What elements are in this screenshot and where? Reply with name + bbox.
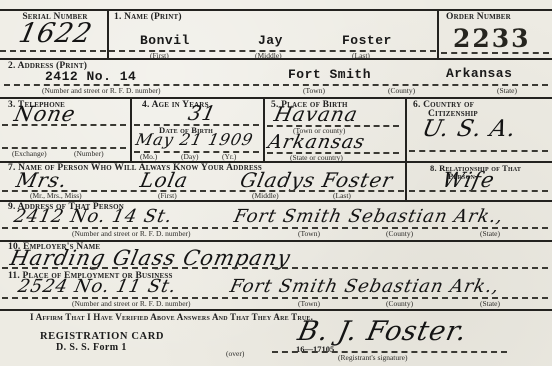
employment-town-sublabel: (Town) — [298, 299, 320, 308]
employment-county-sublabel: (County) — [386, 299, 413, 308]
divider-contact-relationship — [405, 161, 407, 200]
address-town-sublabel: (Town) — [303, 86, 325, 95]
contact-middle-value: Gladys — [238, 168, 318, 192]
contact-title-value: Mrs. — [14, 168, 70, 192]
name-last-value: Foster — [342, 33, 392, 48]
contact-first-sublabel: (First) — [158, 191, 177, 200]
card-title: REGISTRATION CARD — [40, 331, 164, 342]
contact-address-town-value: Fort Smith Sebastian Ark., — [232, 206, 506, 227]
contact-address-street-value: 2412 No. 14 St. — [12, 206, 175, 227]
address-street-sublabel: (Number and street or R. F. D. number) — [42, 86, 161, 95]
order-write-line — [441, 52, 549, 54]
citizenship-write-line — [409, 150, 548, 152]
employment-street-value: 2524 No. 11 St. — [16, 276, 179, 297]
address-state-sublabel: (State) — [497, 86, 517, 95]
address-town-value: Fort Smith — [288, 67, 371, 82]
divider-birth-citizenship — [405, 97, 407, 161]
signature-sublabel: (Registrant's signature) — [338, 353, 407, 362]
name-middle-value: Jay — [258, 33, 283, 48]
employment-town-value: Fort Smith Sebastian Ark., — [228, 276, 502, 297]
telephone-exchange-sublabel: (Exchange) — [12, 149, 47, 158]
birthplace-town-value: Havana — [272, 102, 361, 126]
name-first-sublabel: (First) — [150, 51, 169, 60]
order-number-label: Order Number — [446, 12, 511, 22]
rule-row7-bottom — [0, 309, 552, 311]
telephone-value: None — [12, 102, 78, 126]
telephone-number-sublabel: (Number) — [74, 149, 104, 158]
employment-state-sublabel: (State) — [480, 299, 500, 308]
employer-write-line — [2, 267, 548, 269]
order-number-value: 2233 — [453, 24, 531, 53]
over-note: (over) — [226, 349, 244, 358]
name-middle-sublabel: (Middle) — [255, 51, 282, 60]
contact-middle-sublabel: (Middle) — [252, 191, 279, 200]
address-county-sublabel: (County) — [388, 86, 415, 95]
employment-street-sublabel: (Number and street or R. F. D. number) — [72, 299, 191, 308]
age-value: 31 — [186, 101, 219, 125]
relationship-write-line — [409, 190, 548, 192]
name-first-value: Bonvil — [140, 33, 190, 48]
birthplace-state-value: Arkansas — [266, 131, 367, 153]
divider-name-order — [437, 9, 439, 58]
address-state-value: Arkansas — [446, 66, 512, 81]
divider-tel-age — [130, 97, 132, 161]
name-label: 1. Name (Print) — [114, 12, 182, 22]
contact-address-street-sublabel: (Number and street or R. F. D. number) — [72, 229, 191, 238]
birthplace-state-sublabel: (State or country) — [290, 153, 343, 162]
serial-write-line — [0, 50, 106, 52]
contact-first-value: Lola — [138, 168, 191, 192]
contact-last-sublabel: (Last) — [333, 191, 351, 200]
date-of-birth-value: May 21 1909 — [134, 130, 255, 149]
divider-age-birth — [263, 97, 265, 161]
name-last-sublabel: (Last) — [352, 51, 370, 60]
contact-address-state-sublabel: (State) — [480, 229, 500, 238]
telephone-write-line — [2, 124, 126, 126]
registration-card: Serial Number 1622 1. Name (Print) Bonvi… — [0, 0, 552, 366]
dob-month-sublabel: (Mo.) — [140, 152, 157, 161]
dob-day-sublabel: (Day) — [181, 152, 199, 161]
contact-address-town-sublabel: (Town) — [298, 229, 320, 238]
dob-year-sublabel: (Yr.) — [222, 152, 236, 161]
contact-last-value: Foster — [320, 168, 396, 192]
address-street-value: 2412 No. 14 — [45, 69, 136, 84]
affirmation-text: I Affirm That I Have Verified Above Answ… — [30, 312, 313, 322]
rule-row2-bottom — [0, 97, 552, 99]
form-number: D. S. S. Form 1 — [56, 342, 127, 353]
registrant-signature: B. J. Foster. — [295, 316, 470, 347]
rule-top — [0, 9, 552, 11]
contact-title-sublabel: (Mr., Mrs., Miss) — [30, 191, 82, 200]
relationship-value: Wife — [440, 168, 497, 192]
citizenship-value: U. S. A. — [420, 116, 519, 142]
serial-number-value: 1622 — [16, 18, 95, 49]
contact-address-county-sublabel: (County) — [386, 229, 413, 238]
